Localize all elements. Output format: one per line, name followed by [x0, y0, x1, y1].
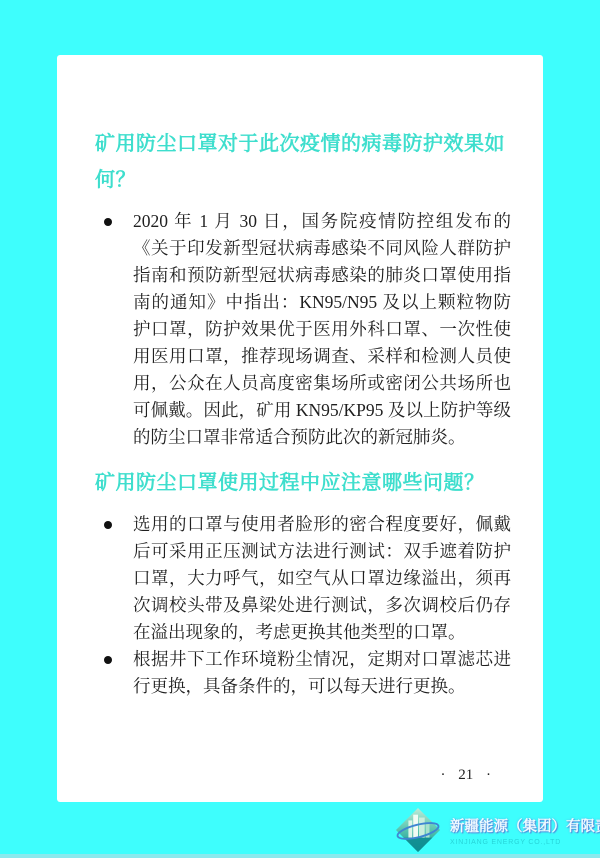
footer: 新疆能源（集团）有限责任公司 XINJIANG ENERGY CO.,LTD — [0, 802, 600, 858]
company-name: 新疆能源（集团）有限责任公司 — [450, 815, 592, 836]
bullet-text: 选用的口罩与使用者脸形的密合程度要好，佩戴后可采用正压测试方法进行测试：双手遮着… — [133, 514, 511, 642]
bullet-icon — [104, 521, 112, 529]
company-name-en: XINJIANG ENERGY CO.,LTD — [450, 839, 592, 846]
bullet-icon — [104, 218, 112, 226]
bottom-edge-strip — [0, 854, 600, 858]
bullet-text: 根据井下工作环境粉尘情况，定期对口罩滤芯进行更换，具备条件的，可以每天进行更换。 — [133, 649, 511, 696]
list-item: 选用的口罩与使用者脸形的密合程度要好，佩戴后可采用正压测试方法进行测试：双手遮着… — [95, 511, 511, 646]
section-heading-virus-protection: 矿用防尘口罩对于此次疫情的病毒防护效果如何？ — [95, 126, 519, 198]
bullet-text: 2020 年 1 月 30 日，国务院疫情防控组发布的《关于印发新型冠状病毒感染… — [133, 211, 511, 447]
bullet-icon — [104, 656, 112, 664]
list-item: 2020 年 1 月 30 日，国务院疫情防控组发布的《关于印发新型冠状病毒感染… — [95, 208, 511, 451]
section-heading-usage-notes: 矿用防尘口罩使用过程中应注意哪些问题？ — [95, 465, 519, 501]
bullet-list: 选用的口罩与使用者脸形的密合程度要好，佩戴后可采用正压测试方法进行测试：双手遮着… — [95, 511, 511, 700]
bullet-list: 2020 年 1 月 30 日，国务院疫情防控组发布的《关于印发新型冠状病毒感染… — [95, 208, 511, 451]
company-text-block: 新疆能源（集团）有限责任公司 XINJIANG ENERGY CO.,LTD — [450, 815, 592, 846]
section-virus-protection: 矿用防尘口罩对于此次疫情的病毒防护效果如何？ 2020 年 1 月 30 日，国… — [95, 126, 511, 451]
document-page-card: 矿用防尘口罩对于此次疫情的病毒防护效果如何？ 2020 年 1 月 30 日，国… — [57, 55, 543, 802]
section-usage-notes: 矿用防尘口罩使用过程中应注意哪些问题？ 选用的口罩与使用者脸形的密合程度要好，佩… — [95, 465, 511, 700]
company-logo-icon — [395, 807, 441, 853]
list-item: 根据井下工作环境粉尘情况，定期对口罩滤芯进行更换，具备条件的，可以每天进行更换。 — [95, 646, 511, 700]
page-number: · 21 · — [441, 767, 492, 784]
page-content: 矿用防尘口罩对于此次疫情的病毒防护效果如何？ 2020 年 1 月 30 日，国… — [57, 55, 543, 700]
